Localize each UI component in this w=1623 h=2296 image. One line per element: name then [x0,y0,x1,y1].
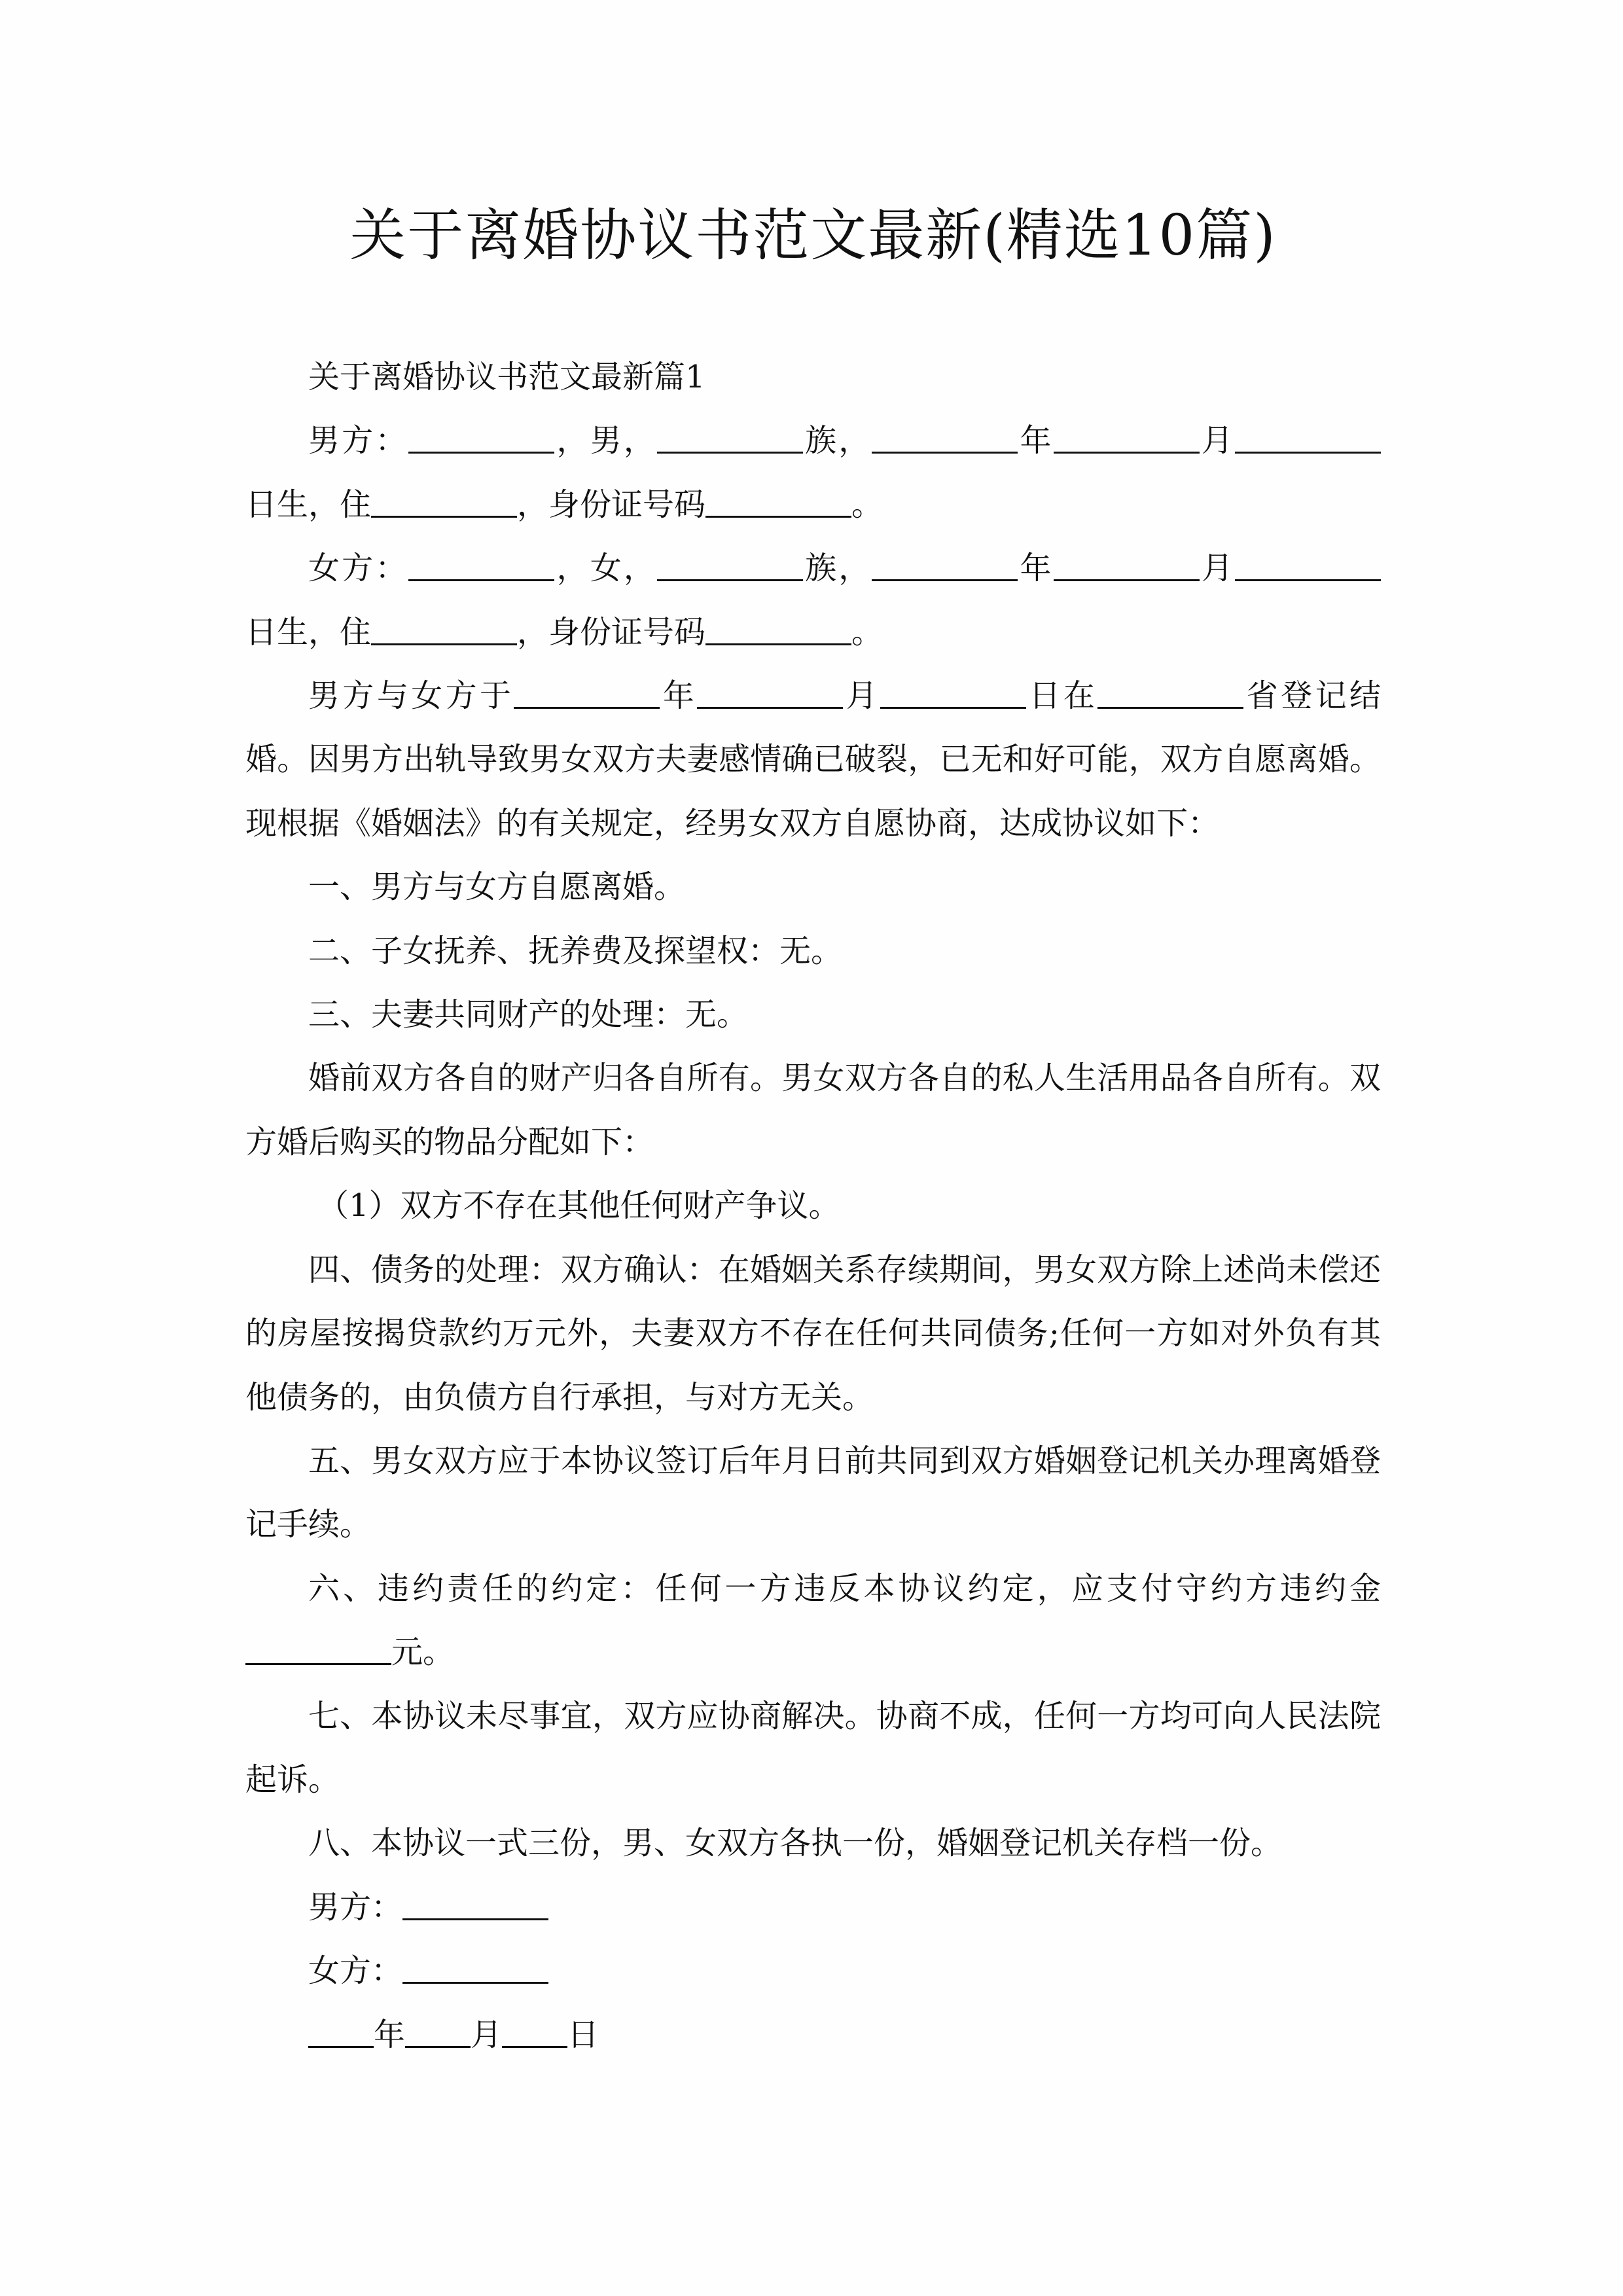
female-birth-month-blank[interactable] [1054,551,1200,581]
marriage-prefix: 男方与女方于 [308,677,514,714]
male-address-blank[interactable] [371,488,517,518]
female-address-blank[interactable] [371,615,517,645]
section-heading: 关于离婚协议书范文最新篇1 [245,346,1381,409]
premarital-property-paragraph: 婚前双方各自的财产归各自所有。男女双方各自的私人生活用品各自所有。双方婚后购买的… [245,1047,1381,1174]
male-birth-year-blank[interactable] [872,423,1018,454]
month-suffix: 月 [1200,422,1235,459]
month-suffix: 月 [471,2017,502,2053]
male-label: 男方： [308,422,408,459]
month-suffix: 月 [1200,550,1235,586]
male-birth-month-blank[interactable] [1054,423,1200,454]
clause-1: 一、男方与女方自愿离婚。 [245,855,1381,919]
clause-4: 四、债务的处理：双方确认：在婚姻关系存续期间，男女双方除上述尚未偿还的房屋按揭贷… [245,1238,1381,1429]
female-party-info: 女方：，女，族，年月日生，住，身份证号码。 [245,537,1381,664]
female-signature-line: 女方： [245,1939,1381,2003]
birth-residence-text: 日生，住 [245,486,371,523]
document-body: 关于离婚协议书范文最新篇1 男方：，男，族，年月日生，住，身份证号码。 女方：，… [245,346,1381,2067]
document-title: 关于离婚协议书范文最新(精选10篇) [245,196,1381,275]
year-suffix: 年 [660,677,697,714]
female-name-blank[interactable] [408,551,554,581]
female-ethnicity-blank[interactable] [657,551,803,581]
year-suffix: 年 [1018,422,1053,459]
clause-5: 五、男女双方应于本协议签订后年月日前共同到双方婚姻登记机关办理离婚登记手续。 [245,1429,1381,1557]
id-label: ，身份证号码 [517,614,705,651]
clause-3: 三、夫妻共同财产的处理：无。 [245,983,1381,1047]
clause-8: 八、本协议一式三份，男、女双方各执一份，婚姻登记机关存档一份。 [245,1812,1381,1875]
year-suffix: 年 [1018,550,1053,586]
female-birth-day-blank[interactable] [1235,551,1381,581]
day-suffix: 日 [567,2017,599,2053]
female-signature-label: 女方： [308,1952,402,1989]
penalty-amount-blank[interactable] [245,1635,391,1665]
male-signature-label: 男方： [308,1889,402,1926]
marriage-day-blank[interactable] [880,679,1026,709]
female-signature-blank[interactable] [402,1954,548,1984]
marriage-registration-paragraph: 男方与女方于年月日在省登记结婚。因男方出轨导致男女双方夫妻感情确已破裂，已无和好… [245,664,1381,855]
clause-6-text: 六、违约责任的约定：任何一方违反本协议约定，应支付守约方违约金 [308,1570,1381,1607]
male-gender-text: ，男， [554,422,657,459]
marriage-month-blank[interactable] [697,679,843,709]
ethnicity-suffix: 族， [803,422,872,459]
clause-2: 二、子女抚养、抚养费及探望权：无。 [245,920,1381,983]
male-signature-line: 男方： [245,1876,1381,1939]
female-birth-year-blank[interactable] [872,551,1018,581]
property-item-1: （1）双方不存在其他任何财产争议。 [245,1174,1381,1238]
male-signature-blank[interactable] [402,1890,548,1920]
female-gender-text: ，女， [554,550,657,586]
sign-day-blank[interactable] [502,2017,567,2047]
id-label: ，身份证号码 [517,486,705,523]
male-ethnicity-blank[interactable] [657,423,803,454]
signature-date-line: 年月日 [245,2003,1381,2067]
clause-7: 七、本协议未尽事宜，双方应协商解决。协商不成，任何一方均可向人民法院起诉。 [245,1685,1381,1812]
sign-month-blank[interactable] [405,2017,471,2047]
clause-6-suffix: 元。 [391,1634,454,1670]
marriage-province-blank[interactable] [1097,679,1243,709]
clause-6: 六、违约责任的约定：任何一方违反本协议约定，应支付守约方违约金元。 [245,1557,1381,1685]
month-suffix: 月 [843,677,880,714]
year-suffix: 年 [374,2017,405,2053]
male-party-info: 男方：，男，族，年月日生，住，身份证号码。 [245,409,1381,537]
female-label: 女方： [308,550,408,586]
male-birth-day-blank[interactable] [1235,423,1381,454]
day-at-text: 日在 [1026,677,1097,714]
marriage-year-blank[interactable] [514,679,660,709]
sign-year-blank[interactable] [308,2017,374,2047]
male-name-blank[interactable] [408,423,554,454]
period: 。 [851,486,883,523]
ethnicity-suffix: 族， [803,550,872,586]
period: 。 [851,614,883,651]
birth-residence-text: 日生，住 [245,614,371,651]
male-id-blank[interactable] [705,488,851,518]
female-id-blank[interactable] [705,615,851,645]
